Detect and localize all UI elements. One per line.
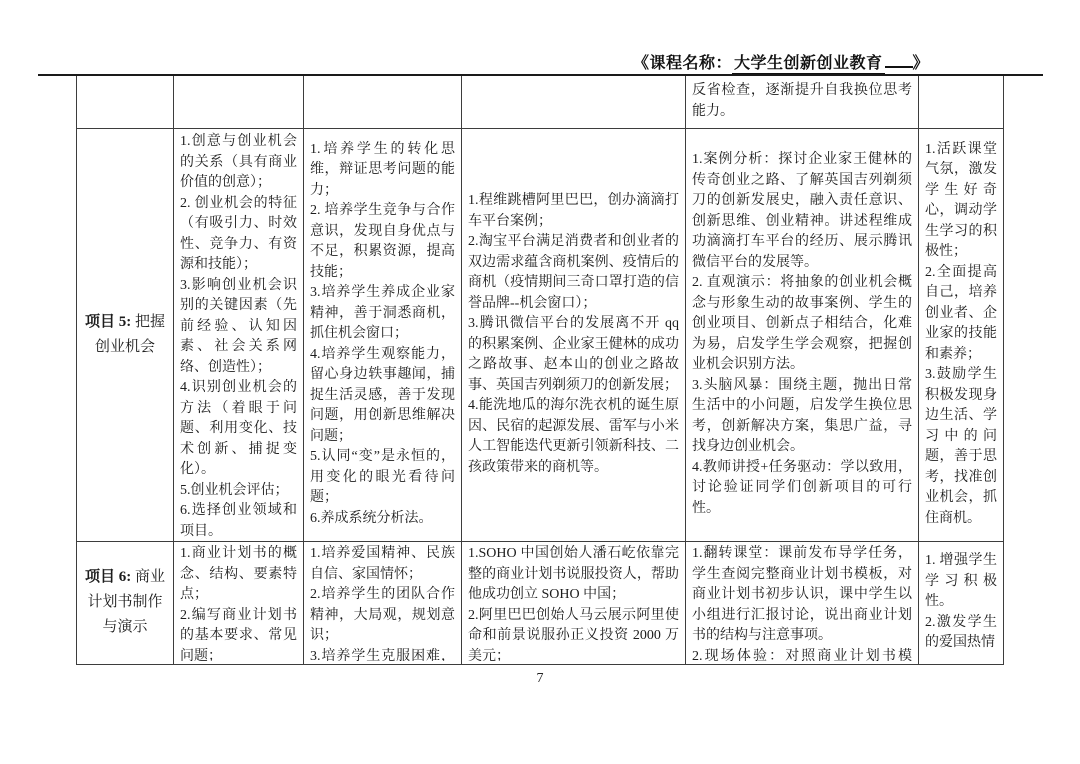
paragraph: 3.培养学生克服困难，努力奋斗的精神；: [310, 647, 455, 662]
course-name-header: 《课程名称：大学生创新创业教育》: [633, 50, 929, 73]
paragraph: 2.淘宝平台满足消费者和创业者的双边需求蕴含商机案例、疫情后的商机（疫情期间三奇…: [468, 232, 679, 314]
project6-title-number: 项目 6:: [85, 569, 131, 585]
paragraph: 4.识别创业机会的方法（着眼于问题、利用变化、技术创新、捕捉变化）。: [180, 378, 297, 481]
table-row-project5: 项目 5: 把握创业机会 1.创意与创业机会的关系（具有商业价值的创意）；2. …: [77, 128, 1004, 541]
paragraph: 4.培养学生观察能力，留心身边轶事趣闻，捕捉生活灵感，善于发现问题，用创新思维解…: [310, 345, 455, 448]
paragraph: 2.阿里巴巴创始人马云展示阿里使命和前景说服孙正义投资 2000 万美元；: [468, 606, 679, 662]
underline-tail: [885, 52, 913, 68]
paragraph: 4.能洗地瓜的海尔洗衣机的诞生原因、民宿的起源发展、雷军与小米人工智能迭代更新引…: [468, 396, 679, 478]
continuation-project-cell: [77, 76, 174, 128]
continuation-col6-cell: [919, 76, 1004, 128]
project5-col3-cell: 1.培养学生的转化思维，辩证思考问题的能力；2. 培养学生竞争与合作意识，发现自…: [304, 128, 462, 541]
document-page: 《课程名称：大学生创新创业教育》 反省检查，逐渐提升自我换位思考能力。 项目 5…: [0, 0, 1080, 764]
course-name-prefix: 《课程名称：: [633, 55, 732, 72]
paragraph: 2.全面提高自己，培养创业者、企业家的技能和素养；: [925, 263, 997, 366]
continuation-col4-cell: [462, 76, 686, 128]
project6-col6-cell: 1. 增强学生学习积极性。2.激发学生的爱国热情: [919, 541, 1004, 664]
project5-col4-cell: 1.程维跳槽阿里巴巴，创办滴滴打车平台案例；2.淘宝平台满足消费者和创业者的双边…: [462, 128, 686, 541]
paragraph: 2. 创业机会的特征（有吸引力、时效性、竞争力、有资源和技能）；: [180, 194, 297, 276]
course-name-underlined: 大学生创新创业教育: [732, 55, 885, 75]
syllabus-table: 反省检查，逐渐提升自我换位思考能力。 项目 5: 把握创业机会 1.创意与创业机…: [76, 76, 1004, 665]
table-row-continuation: 反省检查，逐渐提升自我换位思考能力。: [77, 76, 1004, 128]
project5-title-number: 项目 5:: [85, 314, 131, 330]
paragraph: 1.程维跳槽阿里巴巴，创办滴滴打车平台案例；: [468, 191, 679, 232]
paragraph: 1.创意与创业机会的关系（具有商业价值的创意）；: [180, 132, 297, 194]
paragraph: 2.激发学生的爱国热情: [925, 613, 997, 654]
paragraph: 1.商业计划书的概念、结构、要素特点；: [180, 544, 297, 606]
table-row-project6: 项目 6: 商业计划书制作与演示 1.商业计划书的概念、结构、要素特点；2.编写…: [77, 541, 1004, 664]
project5-title-cell: 项目 5: 把握创业机会: [77, 128, 174, 541]
paragraph: 1.案例分析：探讨企业家王健林的传奇创业之路、了解英国吉列剃须刀的创新发展史，融…: [692, 150, 912, 273]
course-name-suffix: 》: [913, 55, 930, 72]
continuation-col2-cell: [174, 76, 304, 128]
paragraph: 1. 增强学生学习积极性。: [925, 551, 997, 613]
project6-col2-cell: 1.商业计划书的概念、结构、要素特点；2.编写商业计划书的基本要求、常见问题；: [174, 541, 304, 664]
project5-col6-cell: 1.活跃课堂气氛，激发学生好奇心，调动学生学习的积极性；2.全面提高自己，培养创…: [919, 128, 1004, 541]
project6-col4-cell: 1.SOHO 中国创始人潘石屹依靠完整的商业计划书说服投资人，帮助他成功创立 S…: [462, 541, 686, 664]
paragraph: 2.编写商业计划书的基本要求、常见问题；: [180, 606, 297, 662]
paragraph: 3.影响创业机会识别的关键因素（先前经验、认知因素、社会关系网络、创造性）；: [180, 276, 297, 379]
paragraph: 6.养成系统分析法。: [310, 509, 455, 530]
paragraph: 2.现场体验：对照商业计划书模板，: [692, 647, 912, 662]
paragraph: 1.培养学生的转化思维，辩证思考问题的能力；: [310, 140, 455, 202]
paragraph: 1.培养爱国精神、民族自信、家国情怀；: [310, 544, 455, 585]
paragraph: 4.教师讲授+任务驱动：学以致用，讨论验证同学们创新项目的可行性。: [692, 458, 912, 520]
paragraph: 3.培养学生养成企业家精神，善于洞悉商机，抓住机会窗口；: [310, 283, 455, 345]
paragraph: 2. 直观演示：将抽象的创业机会概念与形象生动的故事案例、学生的创业项目、创新点…: [692, 273, 912, 376]
project6-col3-cell: 1.培养爱国精神、民族自信、家国情怀；2.培养学生的团队合作精神，大局观，规划意…: [304, 541, 462, 664]
continuation-col5-cell: 反省检查，逐渐提升自我换位思考能力。: [686, 76, 919, 128]
paragraph: 2. 培养学生竞争与合作意识，发现自身优点与不足，积累资源，提高技能；: [310, 201, 455, 283]
project5-col5-cell: 1.案例分析：探讨企业家王健林的传奇创业之路、了解英国吉列剃须刀的创新发展史，融…: [686, 128, 919, 541]
project6-title-cell: 项目 6: 商业计划书制作与演示: [77, 541, 174, 664]
paragraph: 1.翻转课堂：课前发布导学任务，学生查阅完整商业计划书模板，对商业计划书初步认识…: [692, 544, 912, 647]
project5-col2-cell: 1.创意与创业机会的关系（具有商业价值的创意）；2. 创业机会的特征（有吸引力、…: [174, 128, 304, 541]
paragraph: 5.认同“变”是永恒的，用变化的眼光看待问题；: [310, 447, 455, 509]
continuation-col3-cell: [304, 76, 462, 128]
project6-col5-cell: 1.翻转课堂：课前发布导学任务，学生查阅完整商业计划书模板，对商业计划书初步认识…: [686, 541, 919, 664]
paragraph: 1.活跃课堂气氛，激发学生好奇心，调动学生学习的积极性；: [925, 140, 997, 263]
paragraph: 3.头脑风暴：围绕主题，抛出日常生活中的小问题，启发学生换位思考，创新解决方案，…: [692, 376, 912, 458]
paragraph: 3.腾讯微信平台的发展离不开 qq 的积累案例、企业家王健林的成功之路故事、赵本…: [468, 314, 679, 396]
paragraph: 2.培养学生的团队合作精神，大局观，规划意识；: [310, 585, 455, 647]
paragraph: 反省检查，逐渐提升自我换位思考能力。: [692, 81, 912, 122]
paragraph: 1.SOHO 中国创始人潘石屹依靠完整的商业计划书说服投资人，帮助他成功创立 S…: [468, 544, 679, 606]
paragraph: 5.创业机会评估；: [180, 481, 297, 502]
paragraph: 6.选择创业领域和项目。: [180, 501, 297, 537]
page-number: 7: [0, 671, 1080, 687]
paragraph: 3.鼓励学生积极发现身边生活、学习中的问题，善于思考，找准创业机会，抓住商机。: [925, 365, 997, 529]
